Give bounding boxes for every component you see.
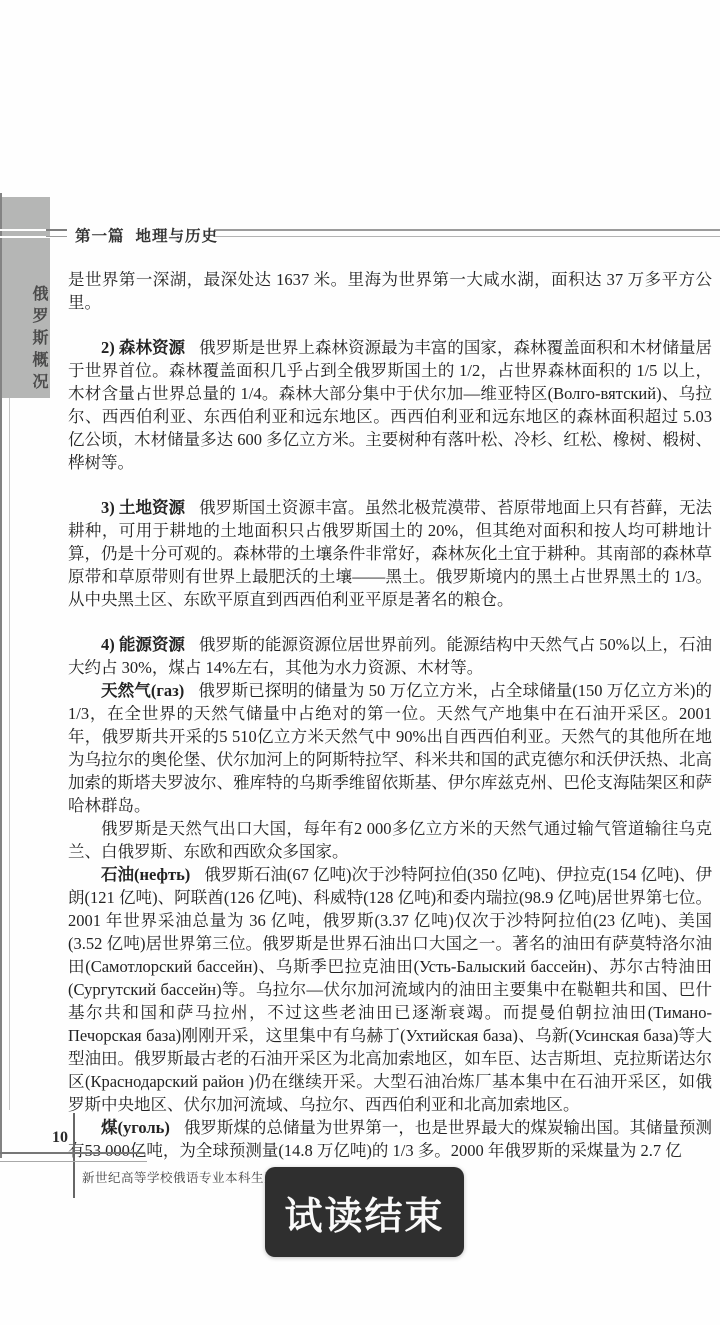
paragraph-oil: 石油(нефть)俄罗斯石油(67 亿吨)次于沙特阿拉伯(350 亿吨)、伊拉克… bbox=[68, 863, 712, 1116]
footer-rule-top bbox=[0, 1152, 145, 1154]
section-land-resources: 3) 土地资源俄罗斯国土资源丰富。虽然北极荒漠带、苔原带地面上只有苔藓，无法耕种… bbox=[68, 496, 712, 611]
header-divider-left-top bbox=[46, 229, 67, 231]
paragraph-lead: 天然气(газ) bbox=[101, 681, 184, 700]
section-energy-resources: 4) 能源资源俄罗斯的能源资源位居世界前列。能源结构中天然气占 50%以上，石油… bbox=[68, 633, 712, 679]
page-number: 10 bbox=[30, 1129, 68, 1147]
preview-end-toast: 试读结束 bbox=[265, 1167, 464, 1257]
page-header: 第一篇地理与历史 bbox=[75, 224, 218, 246]
paragraph-lead: 煤(уголь) bbox=[101, 1118, 170, 1137]
paragraph-text: 俄罗斯已探明的储量为 50 万亿立方米，占全球储量(150 万亿立方米)的 1/… bbox=[68, 681, 712, 815]
footer-rule-bottom bbox=[0, 1161, 147, 1162]
paragraph-lake-continuation: 是世界第一深湖，最深处达 1637 米。里海为世界第一大咸水湖，面积达 37 万… bbox=[68, 268, 712, 314]
paragraph-text: 是世界第一深湖，最深处达 1637 米。里海为世界第一大咸水湖，面积达 37 万… bbox=[68, 270, 712, 312]
header-divider-over-tab-bottom bbox=[0, 236, 52, 238]
header-divider-right-bottom bbox=[214, 236, 720, 237]
book-page: 俄罗斯概况 第一篇地理与历史 是世界第一深湖，最深处达 1637 米。里海为世界… bbox=[0, 0, 720, 1325]
header-divider-left-bottom bbox=[46, 236, 67, 237]
paragraph-gas-export: 俄罗斯是天然气出口大国，每年有2 000多亿立方米的天然气通过输气管道输往乌克兰… bbox=[68, 817, 712, 863]
preview-end-toast-label: 试读结束 bbox=[284, 1185, 444, 1240]
footer-vertical-rule bbox=[73, 1113, 75, 1198]
paragraph-natural-gas: 天然气(газ)俄罗斯已探明的储量为 50 万亿立方米，占全球储量(150 万亿… bbox=[68, 679, 712, 817]
paragraph-text: 俄罗斯石油(67 亿吨)次于沙特阿拉伯(350 亿吨)、伊拉克(154 亿吨)、… bbox=[68, 865, 712, 1114]
left-margin-rule bbox=[9, 398, 10, 1110]
chapter-tab-label: 俄罗斯概况 bbox=[2, 285, 50, 395]
header-divider-right-top bbox=[214, 229, 720, 231]
section-forest-resources: 2) 森林资源俄罗斯是世界上森林资源最为丰富的国家，森林覆盖面积和木材储量居于世… bbox=[68, 336, 712, 474]
paragraph-text: 俄罗斯是世界上森林资源最为丰富的国家，森林覆盖面积和木材储量居于世界首位。森林覆… bbox=[68, 338, 712, 472]
paragraph-lead: 2) 森林资源 bbox=[101, 338, 185, 357]
paragraph-lead: 3) 土地资源 bbox=[101, 498, 185, 517]
paragraph-text: 俄罗斯是天然气出口大国，每年有2 000多亿立方米的天然气通过输气管道输往乌克兰… bbox=[68, 819, 712, 861]
part-label: 第一篇 bbox=[75, 228, 125, 245]
paragraph-lead: 石油(нефть) bbox=[101, 865, 190, 884]
paragraph-lead: 4) 能源资源 bbox=[101, 635, 185, 654]
chapter-tab: 俄罗斯概况 bbox=[2, 197, 50, 398]
page-body: 是世界第一深湖，最深处达 1637 米。里海为世界第一大咸水湖，面积达 37 万… bbox=[68, 268, 712, 1162]
paragraph-coal: 煤(уголь)俄罗斯煤的总储量为世界第一，也是世界最大的煤炭输出国。其储量预测… bbox=[68, 1116, 712, 1162]
part-title: 地理与历史 bbox=[136, 228, 219, 245]
header-divider-over-tab-top bbox=[0, 229, 52, 231]
